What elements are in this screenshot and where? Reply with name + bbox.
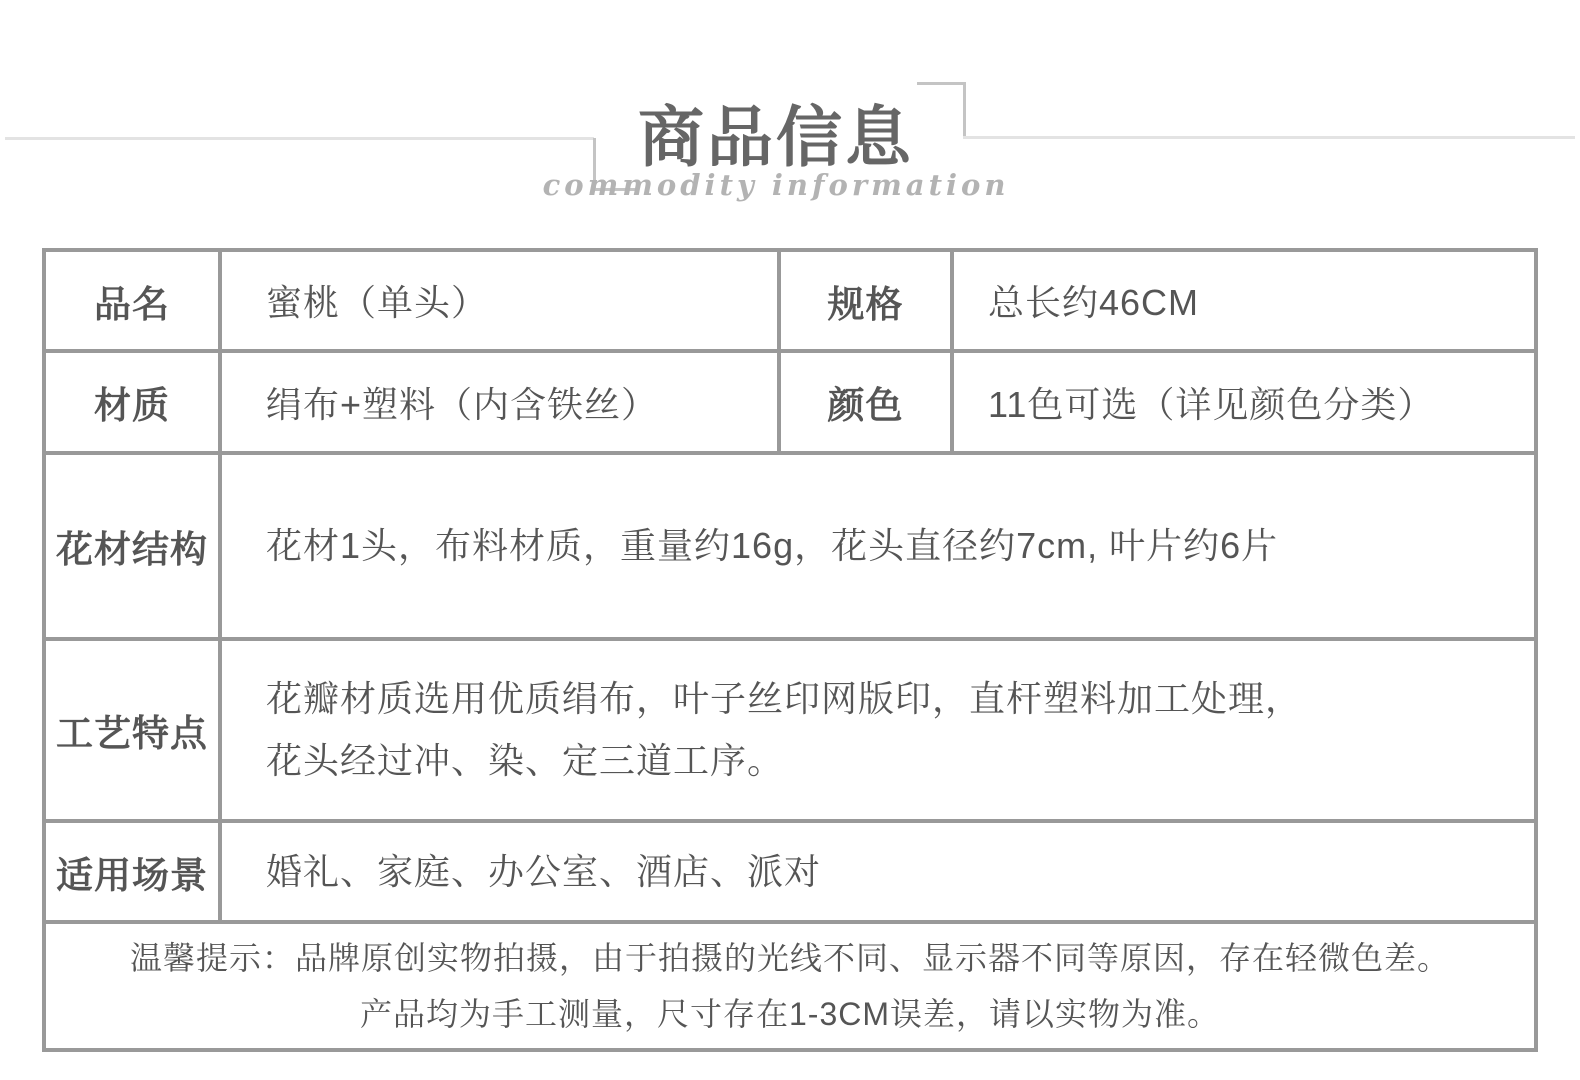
row-value-scenes: 婚礼、家庭、办公室、酒店、派对	[222, 823, 1534, 920]
row-label-spec: 规格	[781, 252, 954, 349]
structure-line: 花材1头，布料材质，重量约16g，花头直径约7cm, 叶片约6片	[266, 515, 1278, 577]
table-row-craft: 工艺特点 花瓣材质选用优质绢布，叶子丝印网版印，直杆塑料加工处理， 花头经过冲、…	[46, 641, 1534, 823]
table-row-material-color: 材质 绢布+塑料（内含铁丝） 颜色 11色可选（详见颜色分类）	[46, 353, 1534, 455]
row-value-product-name: 蜜桃（单头）	[222, 252, 781, 349]
page-subtitle: commodity information	[540, 168, 1012, 202]
notice-line-2: 产品均为手工测量，尺寸存在1-3CM误差，请以实物为准。	[46, 986, 1534, 1042]
header-left-light-line	[5, 137, 594, 140]
row-label-material: 材质	[46, 353, 222, 451]
craft-line-2: 花头经过冲、染、定三道工序。	[266, 730, 784, 792]
row-value-spec: 总长约46CM	[954, 252, 1534, 349]
product-info-table: 品名 蜜桃（单头） 规格 总长约46CM 材质 绢布+塑料（内含铁丝） 颜色 1…	[42, 248, 1538, 1052]
header-right-light-line	[963, 136, 1575, 139]
craft-line-1: 花瓣材质选用优质绢布，叶子丝印网版印，直杆塑料加工处理，	[266, 668, 1302, 730]
page-container: 商品信息 commodity information 品名 蜜桃（单头） 规格 …	[0, 0, 1580, 1080]
notice-cell: 温馨提示：品牌原创实物拍摄，由于拍摄的光线不同、显示器不同等原因，存在轻微色差。…	[46, 924, 1534, 1048]
row-value-craft: 花瓣材质选用优质绢布，叶子丝印网版印，直杆塑料加工处理， 花头经过冲、染、定三道…	[222, 641, 1534, 819]
row-value-color: 11色可选（详见颜色分类）	[954, 353, 1534, 451]
table-row-notice: 温馨提示：品牌原创实物拍摄，由于拍摄的光线不同、显示器不同等原因，存在轻微色差。…	[46, 924, 1534, 1048]
row-label-color: 颜色	[781, 353, 954, 451]
page-title: 商品信息	[560, 84, 992, 179]
row-label-product-name: 品名	[46, 252, 222, 349]
row-value-material: 绢布+塑料（内含铁丝）	[222, 353, 781, 451]
notice-line-1: 温馨提示：品牌原创实物拍摄，由于拍摄的光线不同、显示器不同等原因，存在轻微色差。	[46, 930, 1534, 986]
row-value-structure: 花材1头，布料材质，重量约16g，花头直径约7cm, 叶片约6片	[222, 455, 1534, 637]
table-row-scenes: 适用场景 婚礼、家庭、办公室、酒店、派对	[46, 823, 1534, 924]
row-label-craft: 工艺特点	[46, 641, 222, 819]
row-label-structure: 花材结构	[46, 455, 222, 637]
row-label-scenes: 适用场景	[46, 823, 222, 920]
table-row-structure: 花材结构 花材1头，布料材质，重量约16g，花头直径约7cm, 叶片约6片	[46, 455, 1534, 641]
scenes-line: 婚礼、家庭、办公室、酒店、派对	[266, 841, 821, 903]
table-row-name-spec: 品名 蜜桃（单头） 规格 总长约46CM	[46, 252, 1534, 353]
